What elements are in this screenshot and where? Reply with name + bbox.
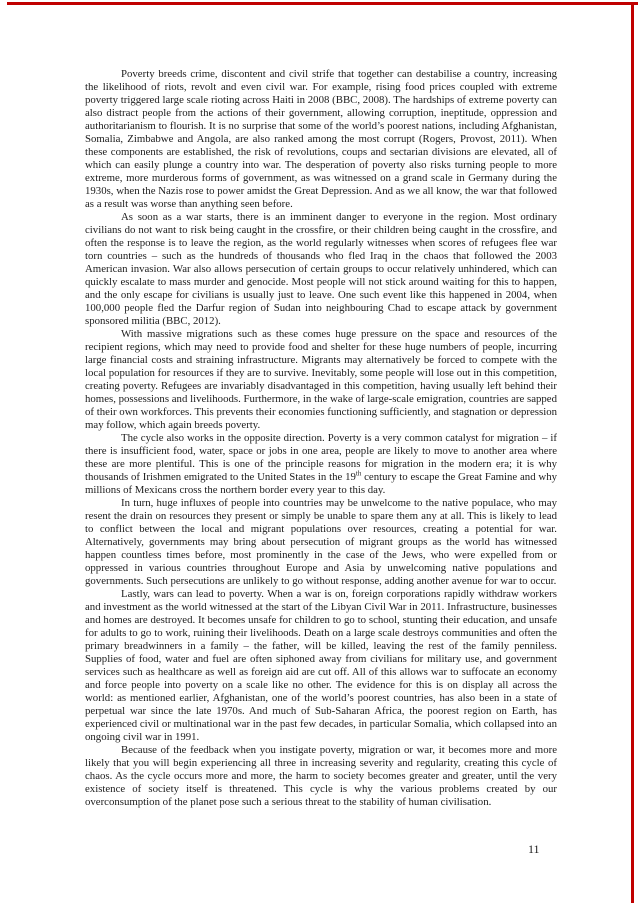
paragraph-war-starts: As soon as a war starts, there is an imm… [85, 211, 557, 328]
paragraph-huge-influxes: In turn, huge influxes of people into co… [85, 497, 557, 588]
paragraph-cycle-opposite-direction: The cycle also works in the opposite dir… [85, 432, 557, 497]
paragraph-wars-lead-to-poverty: Lastly, wars can lead to poverty. When a… [85, 588, 557, 744]
paragraph-massive-migrations: With massive migrations such as these co… [85, 328, 557, 432]
essay-body: Poverty breeds crime, discontent and civ… [85, 68, 557, 809]
document-page: Poverty breeds crime, discontent and civ… [0, 0, 638, 903]
page-border-top [7, 2, 638, 5]
page-border-right [631, 2, 634, 903]
page-number: 11 [528, 842, 540, 857]
paragraph-poverty-breeds-crime: Poverty breeds crime, discontent and civ… [85, 68, 557, 211]
paragraph-feedback-cycle: Because of the feedback when you instiga… [85, 744, 557, 809]
